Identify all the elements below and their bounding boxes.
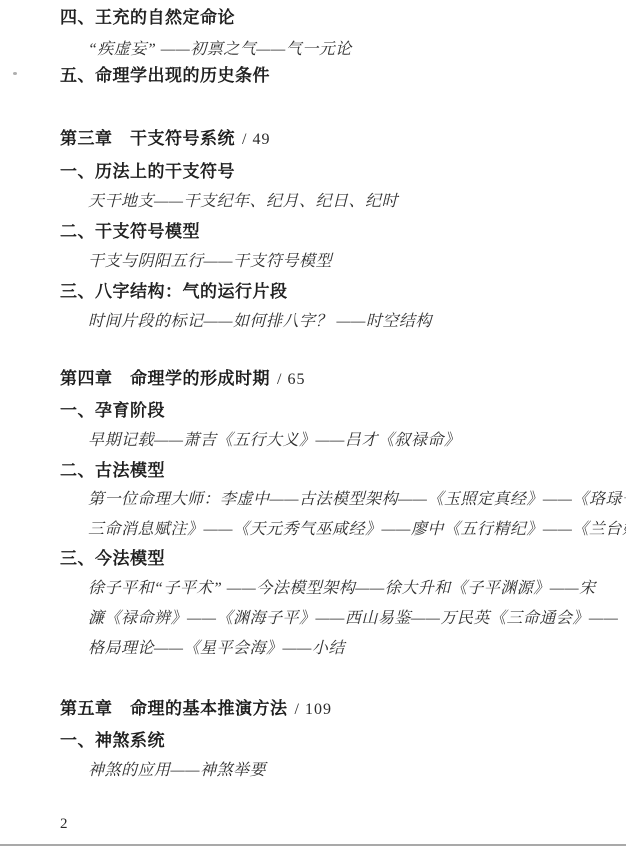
book-toc-page: 四、王充的自然定命论 “疾虚妄” ——初禀之气——气一元论 五、命理学出现的历史… xyxy=(0,0,626,846)
toc-item: 一、历法上的干支符号 xyxy=(60,162,235,182)
chapter-page-ref: / 109 xyxy=(295,701,332,718)
toc-item: 二、古法模型 xyxy=(60,461,165,481)
chapter-title: 第五章 命理的基本推演方法 xyxy=(60,699,288,718)
toc-subentry: 濂《禄命辨》——《渊海子平》——西山易鉴——万民英《三命通会》—— xyxy=(88,609,618,629)
toc-subentry: 时间片段的标记——如何排八字？ ——时空结构 xyxy=(88,312,432,332)
chapter-title: 第三章 干支符号系统 xyxy=(60,129,235,148)
toc-subentry: 第一位命理大师：李虚中——古法模型架构——《玉照定真经》——《珞琭子 xyxy=(88,490,626,510)
chapter-heading: 第三章 干支符号系统/ 49 xyxy=(60,129,270,150)
toc-subentry: 徐子平和“子平术” ——今法模型架构——徐大升和《子平渊源》——宋 xyxy=(88,579,596,599)
toc-item: 二、干支符号模型 xyxy=(60,222,200,242)
toc-subentry: 三命消息赋注》——《天元秀气巫咸经》——廖中《五行精纪》——《兰台妙选》 xyxy=(88,520,626,540)
page-number: 2 xyxy=(60,816,68,833)
chapter-heading: 第五章 命理的基本推演方法/ 109 xyxy=(60,699,332,720)
chapter-title: 第四章 命理学的形成时期 xyxy=(60,369,270,388)
toc-item: 三、八字结构：气的运行片段 xyxy=(60,282,288,302)
scan-artifact-speck xyxy=(13,72,17,75)
toc-item: 四、王充的自然定命论 xyxy=(60,8,235,28)
chapter-heading: 第四章 命理学的形成时期/ 65 xyxy=(60,369,305,390)
toc-subentry: 神煞的应用——神煞举要 xyxy=(88,761,266,781)
toc-item: 一、神煞系统 xyxy=(60,731,165,751)
toc-subentry: 天干地支——干支纪年、纪月、纪日、纪时 xyxy=(88,192,398,212)
chapter-page-ref: / 65 xyxy=(277,371,305,388)
toc-subentry: “疾虚妄” ——初禀之气——气一元论 xyxy=(88,40,352,60)
toc-subentry: 干支与阴阳五行——干支符号模型 xyxy=(88,252,332,272)
toc-subentry: 早期记载——萧吉《五行大义》——吕才《叙禄命》 xyxy=(88,431,460,451)
toc-item: 一、孕育阶段 xyxy=(60,401,165,421)
toc-subentry: 格局理论——《星平会海》——小结 xyxy=(88,639,345,659)
toc-item: 五、命理学出现的历史条件 xyxy=(60,66,270,86)
chapter-page-ref: / 49 xyxy=(242,131,270,148)
toc-item: 三、今法模型 xyxy=(60,549,165,569)
